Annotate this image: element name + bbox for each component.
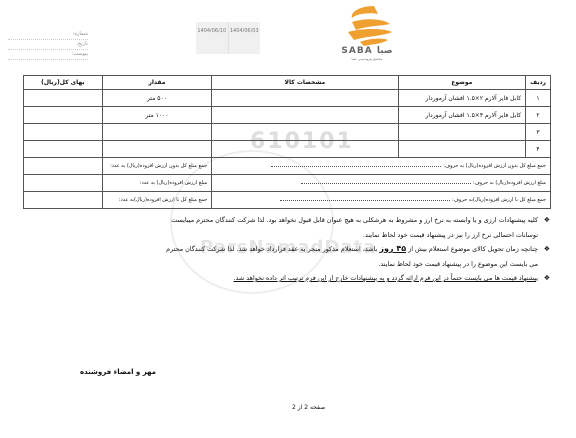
vat-digits[interactable]: مبلغ ارزش افزوده(ریال) به عدد: xyxy=(102,175,211,192)
diamond-bullet-icon: ❖ xyxy=(544,242,550,257)
date-field: تاریخ: xyxy=(8,40,88,50)
total-digits-label: جمع مبلغ کل با ارزش افزوده(ریال)به عدد: xyxy=(119,197,207,203)
logo-wordmark: SABA صبا xyxy=(312,46,422,56)
row-subject[interactable] xyxy=(398,124,526,141)
diamond-bullet-icon: ❖ xyxy=(544,271,550,286)
table-row: ۱ کابل فایر آلارم ۲×۱.۵ افشان آرموردار ۵… xyxy=(24,90,551,107)
header-row-no: ردیف xyxy=(526,76,551,90)
header-specs: مشخصات کالا xyxy=(212,76,398,90)
delivery-days: ۴۵ روز xyxy=(379,244,406,253)
logo-latin: SABA xyxy=(341,46,372,56)
subtotal-digits-label: جمع مبلغ کل بدون ارزش افزوده(ریال) به عد… xyxy=(110,163,207,169)
header-quantity: مقدار xyxy=(102,76,211,90)
row-total-price[interactable] xyxy=(24,90,103,107)
row-specs[interactable] xyxy=(212,141,398,158)
subtotal-words[interactable]: جمع مبلغ کل بدون ارزش افزوده(ریال) به حر… xyxy=(212,158,551,175)
summary-row-total: جمع مبلغ کل با ارزش افزوده(ریال)به حروف:… xyxy=(24,192,551,209)
table-header-row: ردیف موضوع مشخصات کالا مقدار بهای کل(ریا… xyxy=(24,76,551,90)
row-specs[interactable] xyxy=(212,107,398,124)
date-stamp-box: 1404/06/10 1404/06/03 xyxy=(196,22,260,54)
diamond-bullet-icon: ❖ xyxy=(544,213,550,228)
summary-row-vat: مبلغ ارزش افزوده(ریال) به حروف: مبلغ ارز… xyxy=(24,175,551,192)
note-text-post: باشد، استعلام مذکور منجر به عقد قرارداد … xyxy=(166,245,379,253)
total-value[interactable] xyxy=(24,192,103,209)
total-digits[interactable]: جمع مبلغ کل با ارزش افزوده(ریال)به عدد: xyxy=(102,192,211,209)
price-inquiry-table: ردیف موضوع مشخصات کالا مقدار بهای کل(ریا… xyxy=(23,75,551,209)
subtotal-value[interactable] xyxy=(24,158,103,175)
table-row: ۲ کابل فایر آلارم ۴×۱.۵ افشان آرموردار ۱… xyxy=(24,107,551,124)
note-text: چنانچه زمان تحویل کالای موضوع استعلام بی… xyxy=(72,242,538,257)
note-text: می بایست این موضوع را در پیشنهاد قیمت خو… xyxy=(72,257,538,272)
note-form-required: ❖ پیشنهاد قیمت ها می بایست حتماً در این … xyxy=(72,271,550,286)
row-total-price[interactable] xyxy=(24,124,103,141)
attachment-field: پیوست: xyxy=(8,50,88,60)
row-specs[interactable] xyxy=(212,90,398,107)
terms-notes: ❖ کلیه پیشنهادات ارزی و یا وابسته به نرخ… xyxy=(72,213,550,286)
row-no: ۴ xyxy=(526,141,551,158)
row-specs[interactable] xyxy=(212,124,398,141)
row-subject: کابل فایر آلارم ۴×۱.۵ افشان آرموردار xyxy=(398,107,526,124)
row-subject: کابل فایر آلارم ۲×۱.۵ افشان آرموردار xyxy=(398,90,526,107)
row-total-price[interactable] xyxy=(24,141,103,158)
summary-row-subtotal: جمع مبلغ کل بدون ارزش افزوده(ریال) به حر… xyxy=(24,158,551,175)
subtotal-digits[interactable]: جمع مبلغ کل بدون ارزش افزوده(ریال) به عد… xyxy=(102,158,211,175)
row-no: ۳ xyxy=(526,124,551,141)
note-currency: ❖ کلیه پیشنهادات ارزی و یا وابسته به نرخ… xyxy=(72,213,550,242)
vat-value[interactable] xyxy=(24,175,103,192)
vat-words[interactable]: مبلغ ارزش افزوده(ریال) به حروف: xyxy=(212,175,551,192)
seller-signature-label: مهر و امضاء فروشنده xyxy=(80,368,156,376)
table-row: ۳ xyxy=(24,124,551,141)
note-delivery: ❖ چنانچه زمان تحویل کالای موضوع استعلام … xyxy=(72,242,550,271)
logo-subtitle: مجتمع پتروشیمی صبا xyxy=(310,57,424,61)
row-total-price[interactable] xyxy=(24,107,103,124)
row-no: ۲ xyxy=(526,107,551,124)
document-meta: شماره: تاریخ: پیوست: xyxy=(8,30,88,60)
row-no: ۱ xyxy=(526,90,551,107)
number-field: شماره: xyxy=(8,30,88,40)
row-quantity: ۱۰۰۰ متر xyxy=(102,107,211,124)
page-number: صفحه 2 از 2 xyxy=(292,404,325,411)
table-row: ۴ xyxy=(24,141,551,158)
note-text: نوسانات احتمالی نرخ ارز را نیز در پیشنها… xyxy=(72,228,538,243)
subtotal-words-label: جمع مبلغ کل بدون ارزش افزوده(ریال) به حر… xyxy=(443,163,546,169)
vat-words-label: مبلغ ارزش افزوده(ریال) به حروف: xyxy=(473,180,546,186)
total-words[interactable]: جمع مبلغ کل با ارزش افزوده(ریال)به حروف: xyxy=(212,192,551,209)
date-deadline: 1404/06/10 xyxy=(196,22,228,54)
note-text: کلیه پیشنهادات ارزی و یا وابسته به نرخ ا… xyxy=(72,213,538,228)
logo-persian: صبا xyxy=(377,46,393,56)
total-words-label: جمع مبلغ کل با ارزش افزوده(ریال)به حروف: xyxy=(452,197,546,203)
header-subject: موضوع xyxy=(398,76,526,90)
row-subject[interactable] xyxy=(398,141,526,158)
row-quantity[interactable] xyxy=(102,141,211,158)
vat-digits-label: مبلغ ارزش افزوده(ریال) به عدد: xyxy=(140,180,207,186)
note-text: پیشنهاد قیمت ها می بایست حتماً در این فر… xyxy=(72,271,538,286)
date-issued: 1404/06/03 xyxy=(228,22,261,54)
note-text-pre: چنانچه زمان تحویل کالای موضوع استعلام بی… xyxy=(406,245,538,253)
row-quantity: ۵۰۰ متر xyxy=(102,90,211,107)
row-quantity[interactable] xyxy=(102,124,211,141)
header-total-price: بهای کل(ریال) xyxy=(24,76,103,90)
